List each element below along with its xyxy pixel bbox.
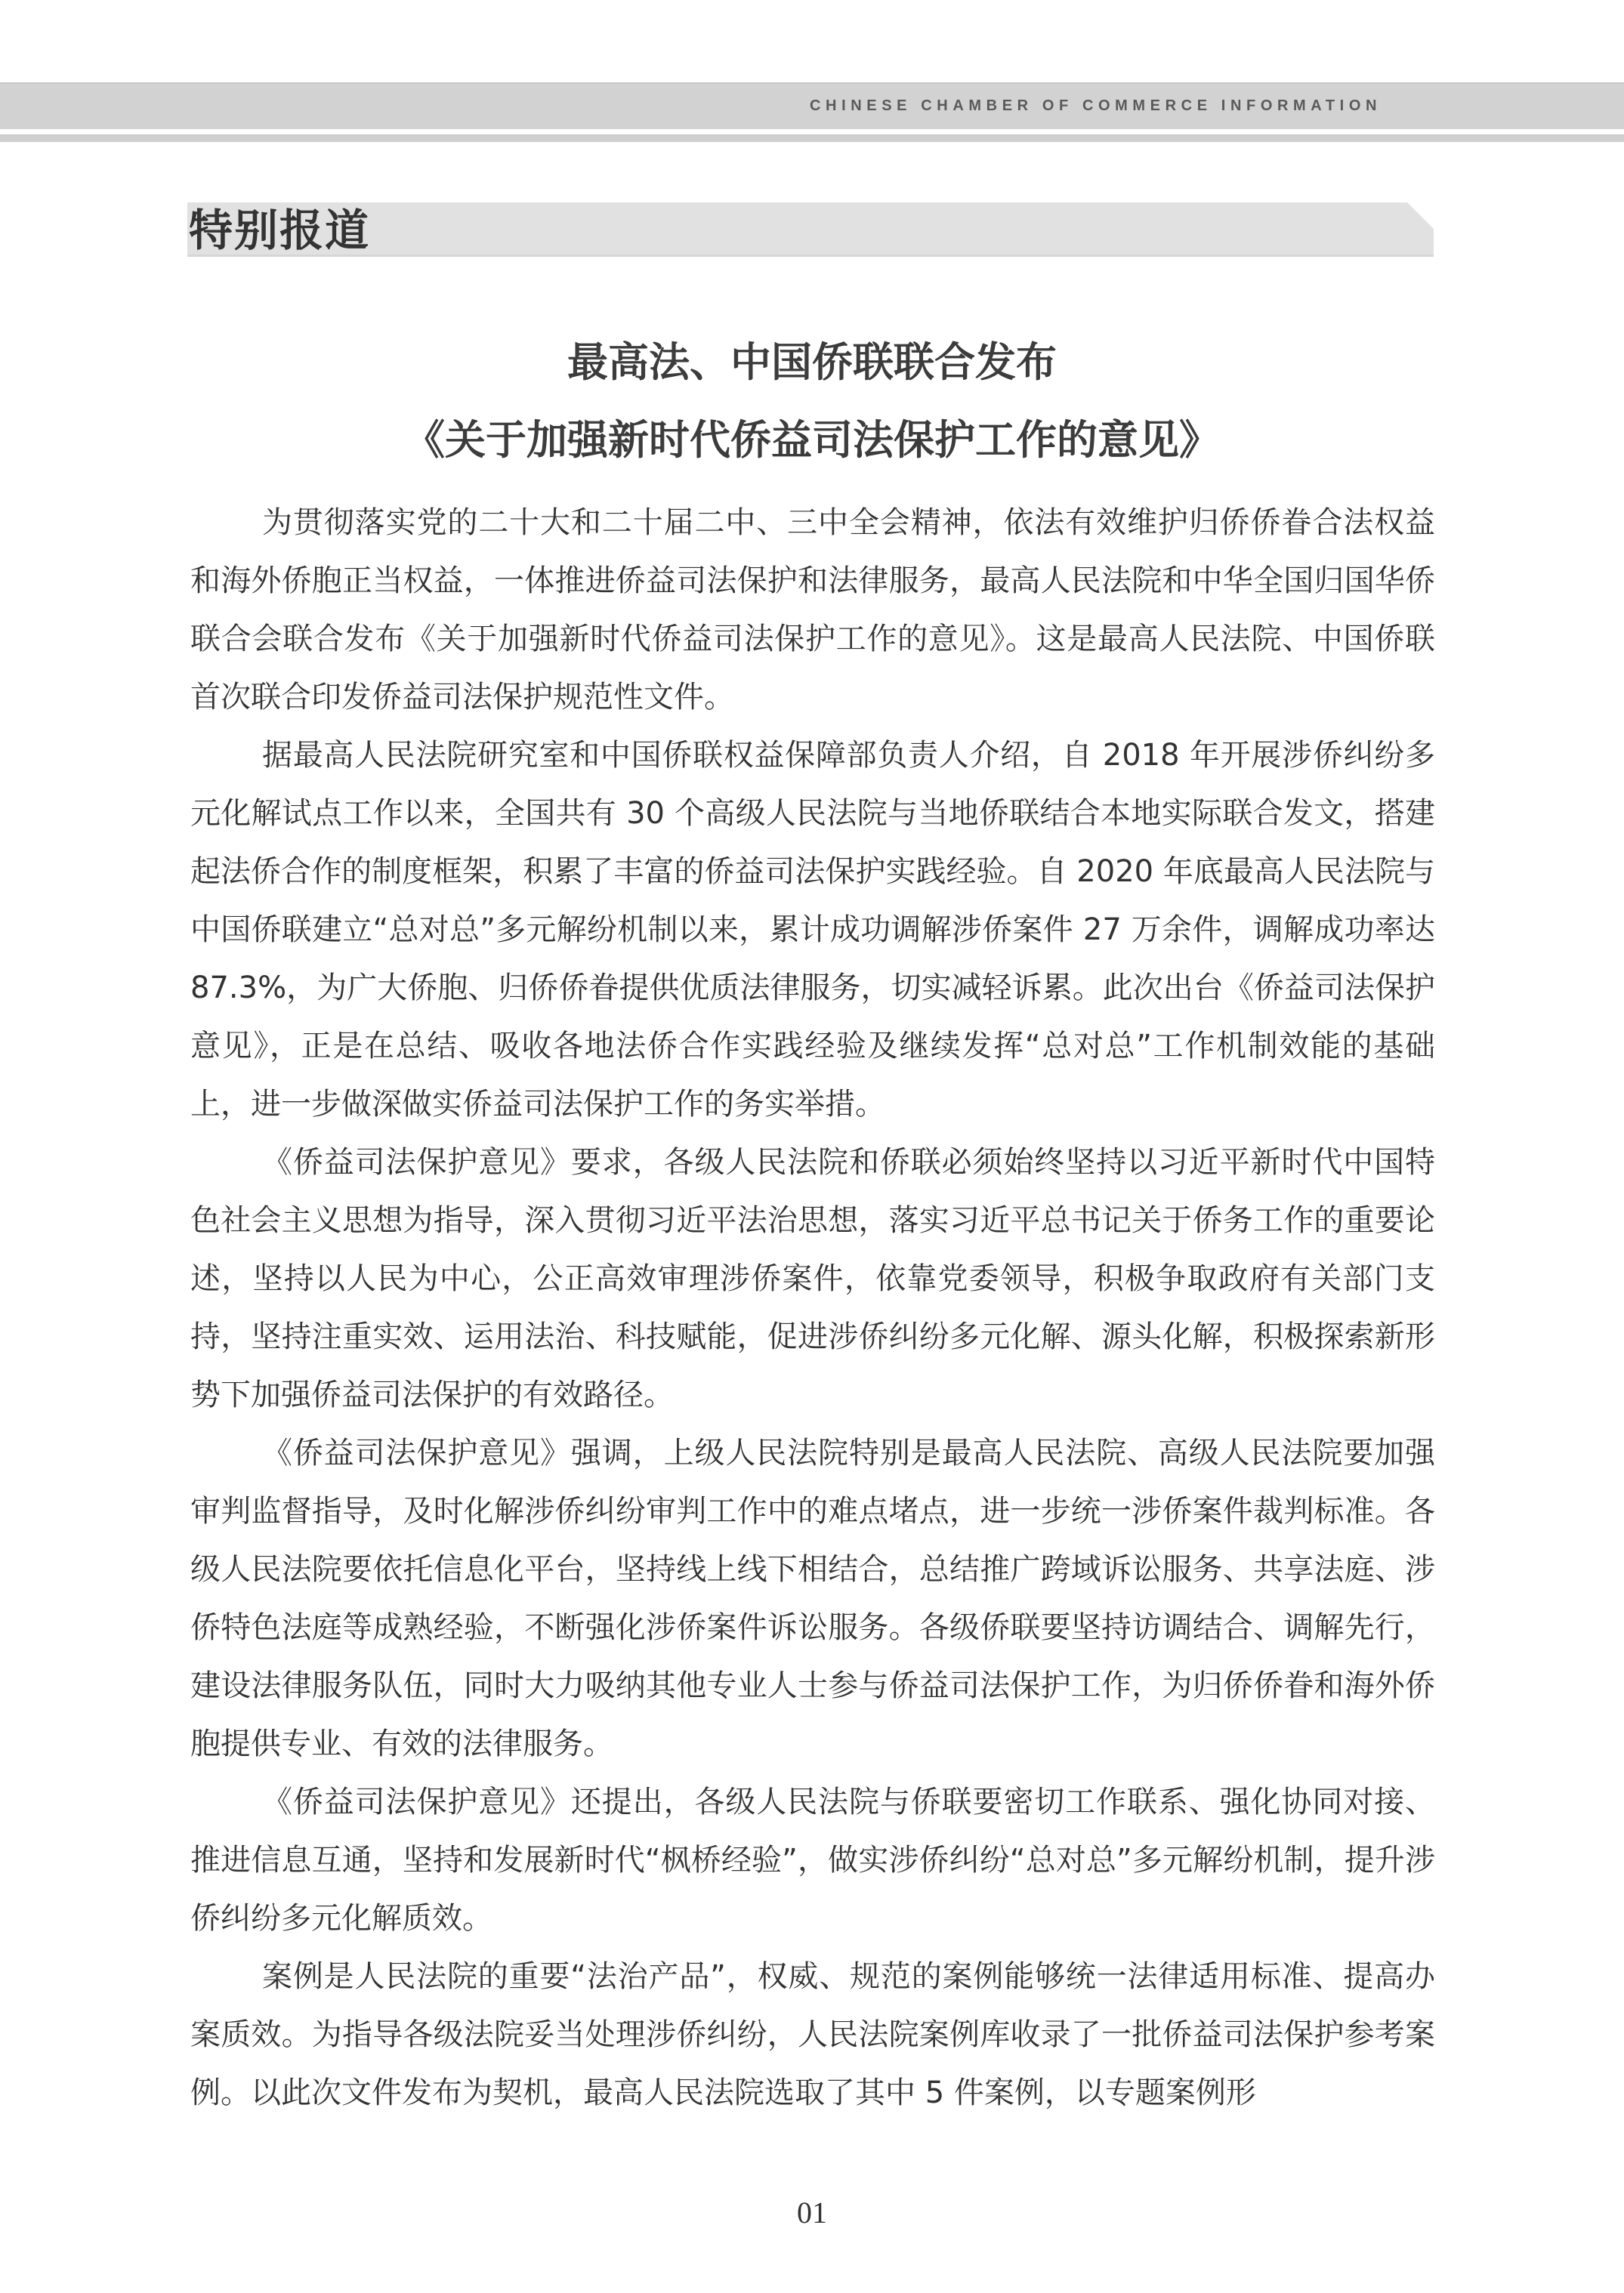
paragraph: 为贯彻落实党的二十大和二十届二中、三中全会精神，依法有效维护归侨侨眷合法权益和海… bbox=[190, 494, 1435, 727]
paragraph: 《侨益司法保护意见》强调，上级人民法院特别是最高人民法院、高级人民法院要加强审判… bbox=[190, 1424, 1435, 1773]
paragraph: 据最高人民法院研究室和中国侨联权益保障部负责人介绍，自 2018 年开展涉侨纠纷… bbox=[190, 727, 1435, 1134]
publication-name: CHINESE CHAMBER OF COMMERCE INFORMATION bbox=[810, 97, 1429, 115]
article-title-line-2: 《关于加强新时代侨益司法保护工作的意见》 bbox=[0, 416, 1624, 464]
paragraph: 《侨益司法保护意见》要求，各级人民法院和侨联必须始终坚持以习近平新时代中国特色社… bbox=[190, 1134, 1435, 1424]
section-label: 特别报道 bbox=[189, 205, 370, 255]
section-banner bbox=[187, 202, 1434, 257]
masthead-rule bbox=[0, 134, 1624, 142]
paragraph: 《侨益司法保护意见》还提出，各级人民法院与侨联要密切工作联系、强化协同对接、推进… bbox=[190, 1773, 1435, 1948]
page-number: 01 bbox=[0, 2195, 1624, 2231]
paragraph: 案例是人民法院的重要“法治产品”，权威、规范的案例能够统一法律适用标准、提高办案… bbox=[190, 1948, 1435, 2122]
article-title-line-1: 最高法、中国侨联联合发布 bbox=[0, 338, 1624, 387]
article-body: 为贯彻落实党的二十大和二十届二中、三中全会精神，依法有效维护归侨侨眷合法权益和海… bbox=[190, 494, 1435, 2122]
